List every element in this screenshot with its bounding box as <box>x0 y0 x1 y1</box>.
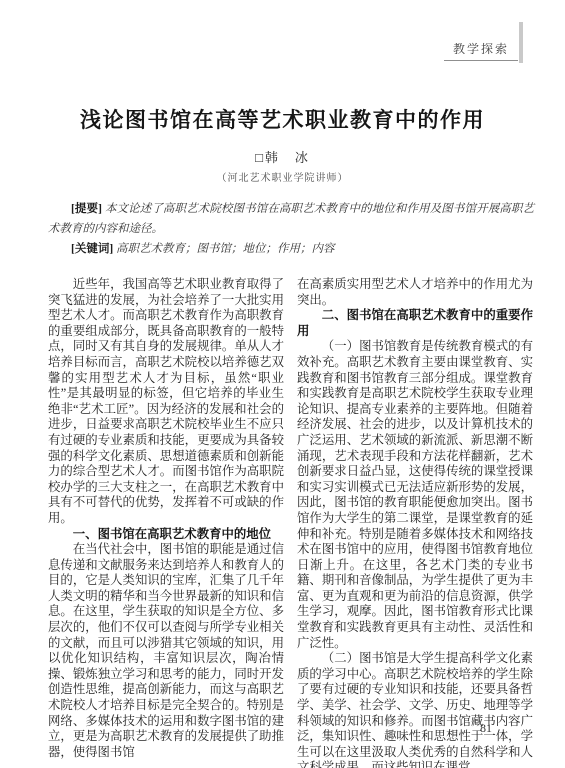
body-column-right: 在高素质实用型艺术人才培养中的作用尤为突出。二、图书馆在高职艺术教育中的重要作用… <box>297 277 533 768</box>
journal-page: 教学探索 浅论图书馆在高等艺术职业教育中的作用 □韩 冰 （河北艺术职业学院讲师… <box>0 0 565 768</box>
body-paragraph: （二）图书馆是大学生提高科学文化素质的学习中心。高职艺术院校培养的学生除了要有过… <box>297 651 533 768</box>
abstract-text: 本文论述了高职艺术院校图书馆在高职艺术教育中的地位和作用及图书馆开展高职艺术教育… <box>48 203 534 235</box>
section-heading: 一、图书馆在高职艺术教育中的地位 <box>48 527 284 543</box>
abstract-keywords-block: [提要] 本文论述了高职艺术院校图书馆在高职艺术教育中的地位和作用及图书馆开展高… <box>48 199 534 259</box>
keywords-text: 高职艺术教育；图书馆；地位；作用；内容 <box>113 243 334 255</box>
tab-side-bar <box>519 22 523 63</box>
body-paragraph: 在当代社会中，图书馆的职能是通过信息传递和文献服务来达到培养人和教育人的目的，它… <box>48 542 284 760</box>
body-column-left: 近些年，我国高等艺术职业教育取得了突飞猛进的发展，为社会培养了一大批实用型艺术人… <box>48 277 284 768</box>
keywords-label: [关键词] <box>71 243 113 255</box>
article-title: 浅论图书馆在高等艺术职业教育中的作用 <box>0 104 565 134</box>
author-affiliation: （河北艺术职业学院讲师） <box>0 169 565 184</box>
section-heading: 二、图书馆在高职艺术教育中的重要作用 <box>297 308 533 339</box>
author-name: □韩 冰 <box>0 147 565 166</box>
body-paragraph: 在高素质实用型艺术人才培养中的作用尤为突出。 <box>297 277 533 308</box>
article-body: 近些年，我国高等艺术职业教育取得了突飞猛进的发展，为社会培养了一大批实用型艺术人… <box>48 277 534 768</box>
abstract-label: [提要] <box>71 203 102 215</box>
body-paragraph: （一）图书馆教育是传统教育模式的有效补充。高职艺术教育主要由课堂教育、实践教育和… <box>297 339 533 651</box>
page-number: 81 <box>468 721 504 736</box>
section-category-label: 教学探索 <box>444 40 518 61</box>
keywords-paragraph: [关键词] 高职艺术教育；图书馆；地位；作用；内容 <box>48 239 534 259</box>
body-paragraph: 近些年，我国高等艺术职业教育取得了突飞猛进的发展，为社会培养了一大批实用型艺术人… <box>48 277 284 527</box>
abstract-paragraph: [提要] 本文论述了高职艺术院校图书馆在高职艺术教育中的地位和作用及图书馆开展高… <box>48 199 534 239</box>
